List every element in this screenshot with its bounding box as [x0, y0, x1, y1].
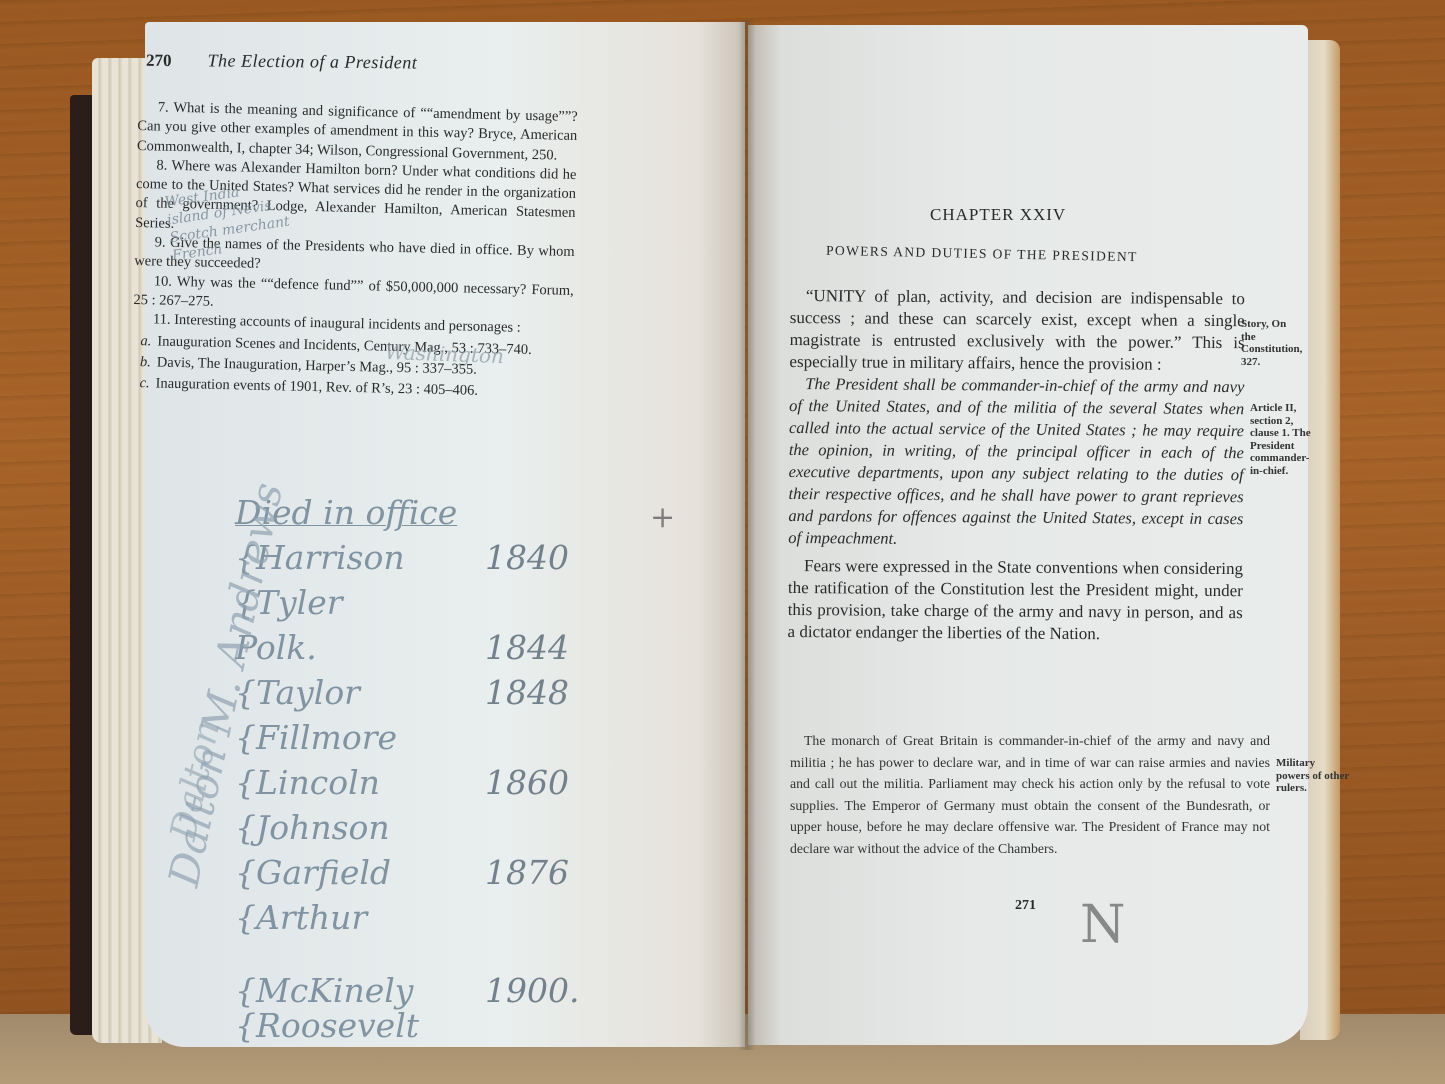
page-number-left: 270 [146, 51, 172, 71]
side-note-military: Military powers of other rulers. [1276, 757, 1351, 795]
list-item: {Johnson [235, 805, 579, 850]
list-item: {Fillmore [235, 715, 579, 760]
small-print-paragraph: The monarch of Great Britain is commande… [790, 730, 1270, 859]
handwritten-n-mark: N [1080, 895, 1126, 955]
list-item: {Tyler [235, 580, 579, 625]
handwritten-presidents-list: Died in office {Harrison1840 {Tyler Polk… [235, 490, 579, 1048]
question-item: 7. What is the meaning and significance … [137, 98, 578, 166]
side-note-story: Story, On the Constitution, 327. [1241, 318, 1301, 368]
running-title: The Election of a President [207, 50, 417, 73]
handwritten-plus-mark: + [650, 500, 675, 535]
list-item: Polk.1844 [235, 625, 579, 670]
handwritten-washington: Washington [385, 340, 505, 368]
side-note-article: Article II, section 2, clause 1. The Pre… [1250, 402, 1312, 477]
chapter-body: “UNITY of plan, activity, and decision a… [788, 285, 1245, 646]
paragraph: “UNITY of plan, activity, and decision a… [789, 285, 1245, 376]
page-number-right: 271 [1015, 898, 1036, 914]
list-item: {Garfield1876 [235, 850, 579, 895]
chapter-heading: CHAPTER XXIV [930, 205, 1066, 225]
constitution-quote: The President shall be commander-in-chie… [788, 373, 1244, 552]
paragraph: Fears were expressed in the State conven… [788, 555, 1244, 646]
list-item: {Arthur [235, 895, 579, 940]
list-item: {Taylor1848 [235, 670, 579, 715]
list-item: {Lincoln1860 [235, 760, 579, 805]
list-item: {Harrison1840 [235, 535, 579, 580]
book-gutter [738, 20, 756, 1050]
